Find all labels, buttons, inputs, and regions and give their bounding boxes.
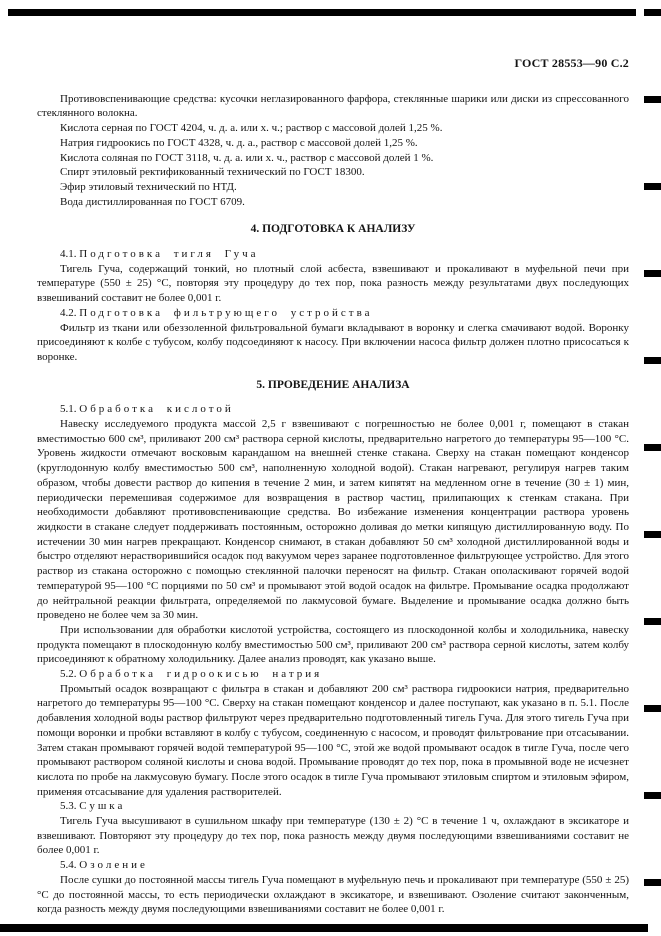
scan-mark	[644, 9, 661, 16]
paragraph: Навеску исследуемого продукта массой 2,5…	[37, 417, 629, 623]
clause-title: Подготовка фильтрующего устройства	[79, 307, 372, 319]
section-heading: 5. ПРОВЕДЕНИЕ АНАЛИЗА	[37, 378, 629, 393]
clause-subheading: 4.1. Подготовка тигля Гуча	[37, 247, 629, 262]
clause-title: Обработка кислотой	[79, 403, 234, 415]
paragraph: Кислота соляная по ГОСТ 3118, ч. д. а. и…	[37, 151, 629, 166]
clause-subheading: 5.2. Обработка гидроокисью натрия	[37, 667, 629, 682]
clause-subheading: 4.2. Подготовка фильтрующего устройства	[37, 306, 629, 321]
paragraph: Тигель Гуча высушивают в сушильном шкафу…	[37, 814, 629, 858]
section-heading: 4. ПОДГОТОВКА К АНАЛИЗУ	[37, 222, 629, 237]
clause-subheading: 5.4. Озоление	[37, 858, 629, 873]
clause-title: Подготовка тигля Гуча	[79, 248, 258, 260]
paragraph: После сушки до постоянной массы тигель Г…	[37, 873, 629, 917]
scan-mark	[644, 444, 661, 451]
paragraph: При использовании для обработки кислотой…	[37, 623, 629, 667]
clause-number: 5.3.	[60, 800, 79, 812]
clause-number: 5.1.	[60, 403, 79, 415]
clause-number: 4.2.	[60, 307, 79, 319]
paragraph: Кислота серная по ГОСТ 4204, ч. д. а. ил…	[37, 121, 629, 136]
scan-mark	[644, 357, 661, 364]
scan-mark	[644, 618, 661, 625]
scan-artifact-bottom-bar	[0, 924, 648, 932]
clause-number: 4.1.	[60, 248, 79, 260]
clause-title: Озоление	[79, 859, 148, 871]
scan-mark	[644, 531, 661, 538]
paragraph: Промытый осадок возвращают с фильтра в с…	[37, 682, 629, 800]
paragraph: Натрия гидроокись по ГОСТ 4328, ч. д. а.…	[37, 136, 629, 151]
paragraph: Вода дистиллированная по ГОСТ 6709.	[37, 195, 629, 210]
clause-subheading: 5.3. Сушка	[37, 799, 629, 814]
scan-mark	[644, 270, 661, 277]
scan-mark	[644, 96, 661, 103]
paragraph: Тигель Гуча, содержащий тонкий, но плотн…	[37, 262, 629, 306]
scan-mark	[644, 792, 661, 799]
document-body: Противовспенивающие средства: кусочки не…	[37, 92, 629, 917]
document-number-header: ГОСТ 28553—90 С.2	[37, 56, 629, 71]
document-content: ГОСТ 28553—90 С.2 Противовспенивающие ср…	[37, 56, 629, 917]
clause-number: 5.2.	[60, 668, 79, 680]
scan-mark	[644, 705, 661, 712]
scan-mark	[644, 879, 661, 886]
clause-number: 5.4.	[60, 859, 79, 871]
clause-subheading: 5.1. Обработка кислотой	[37, 402, 629, 417]
paragraph: Эфир этиловый технический по НТД.	[37, 180, 629, 195]
scan-artifact-top-bar	[8, 9, 636, 16]
paragraph: Противовспенивающие средства: кусочки не…	[37, 92, 629, 121]
paragraph: Спирт этиловый ректификованный техническ…	[37, 165, 629, 180]
scan-mark	[644, 183, 661, 190]
clause-title: Сушка	[79, 800, 125, 812]
paragraph: Фильтр из ткани или обеззоленной фильтро…	[37, 321, 629, 365]
document-page: ГОСТ 28553—90 С.2 Противовспенивающие ср…	[0, 0, 661, 936]
clause-title: Обработка гидроокисью натрия	[79, 668, 322, 680]
